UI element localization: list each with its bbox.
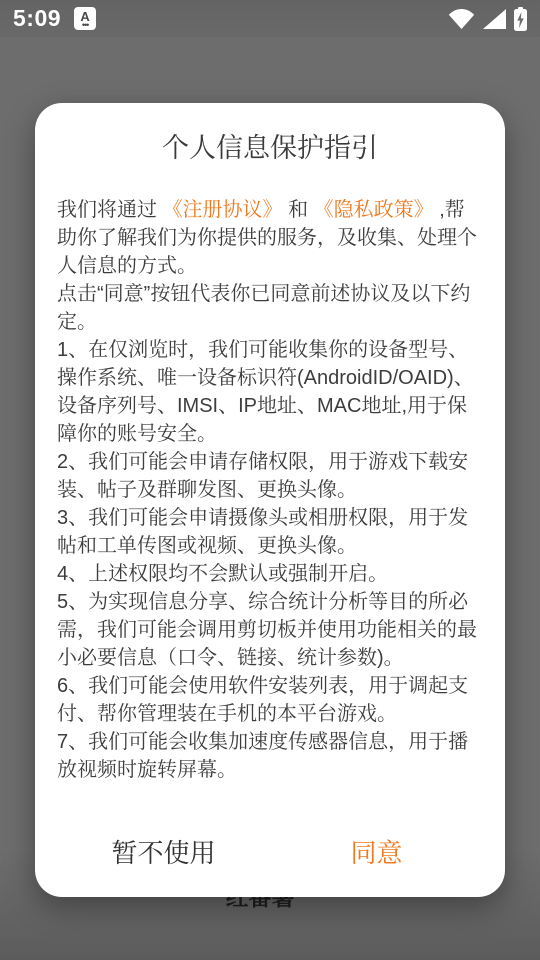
- policy-item-4: 4、上述权限均不会默认或强制开启。: [57, 560, 483, 588]
- policy-item-6: 6、我们可能会使用软件安装列表，用于调起支付、帮你管理装在手机的本平台游戏。: [57, 672, 483, 728]
- agree-note: 点击“同意”按钮代表你已同意前述协议及以下约定。: [57, 280, 483, 336]
- privacy-guide-dialog: 个人信息保护指引 我们将通过 《注册协议》 和 《隐私政策》 ,帮助你了解我们为…: [35, 103, 505, 897]
- dialog-body: 我们将通过 《注册协议》 和 《隐私政策》 ,帮助你了解我们为你提供的服务，及收…: [57, 196, 483, 835]
- registration-agreement-link[interactable]: 《注册协议》: [163, 199, 283, 221]
- intro-conjunction: 和: [283, 199, 314, 221]
- policy-item-5: 5、为实现信息分享、综合统计分析等目的所必需，我们可能会调用剪切板并使用功能相关…: [57, 588, 483, 672]
- dialog-actions: 暂不使用 同意: [57, 835, 483, 871]
- intro-prefix: 我们将通过: [57, 199, 163, 221]
- intro-paragraph: 我们将通过 《注册协议》 和 《隐私政策》 ,帮助你了解我们为你提供的服务，及收…: [57, 196, 483, 280]
- battery-charging-icon: [514, 7, 527, 31]
- policy-item-2: 2、我们可能会申请存储权限，用于游戏下载安装、帖子及群聊发图、更换头像。: [57, 448, 483, 504]
- ime-dots: •••: [82, 23, 88, 28]
- cellular-signal-icon: [483, 9, 506, 29]
- privacy-policy-link[interactable]: 《隐私政策》: [314, 199, 434, 221]
- policy-item-3: 3、我们可能会申请摄像头或相册权限，用于发帖和工单传图或视频、更换头像。: [57, 504, 483, 560]
- screen: { "colors": { "accent_orange": "#F0781E"…: [0, 0, 540, 960]
- policy-item-7: 7、我们可能会收集加速度传感器信息，用于播放视频时旋转屏幕。: [57, 728, 483, 784]
- wifi-icon: [448, 9, 475, 29]
- agree-button[interactable]: 同意: [270, 835, 483, 871]
- policy-item-1: 1、在仅浏览时，我们可能收集你的设备型号、操作系统、唯一设备标识符(Androi…: [57, 336, 483, 448]
- ime-a-indicator-icon: A •••: [74, 7, 96, 30]
- dialog-title: 个人信息保护指引: [57, 133, 483, 163]
- decline-button[interactable]: 暂不使用: [57, 835, 270, 871]
- status-bar: 5:09 A •••: [0, 0, 540, 37]
- clock: 5:09: [13, 0, 61, 37]
